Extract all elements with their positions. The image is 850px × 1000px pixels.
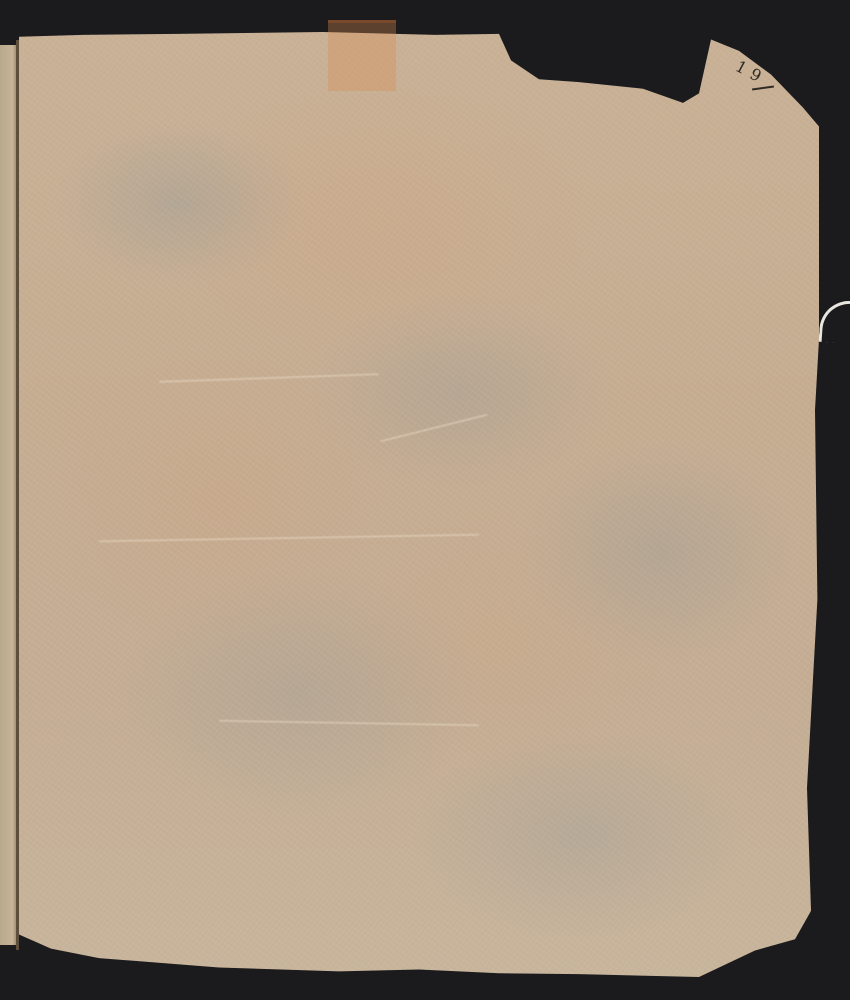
binding-thread [819,299,850,344]
binding-gutter [16,40,19,950]
paper-crease [99,534,479,543]
paper-crease [219,720,479,727]
paper-crease [159,373,379,383]
paper-crease [380,414,487,443]
paper-leaf [19,32,819,977]
library-stamp [328,20,396,91]
